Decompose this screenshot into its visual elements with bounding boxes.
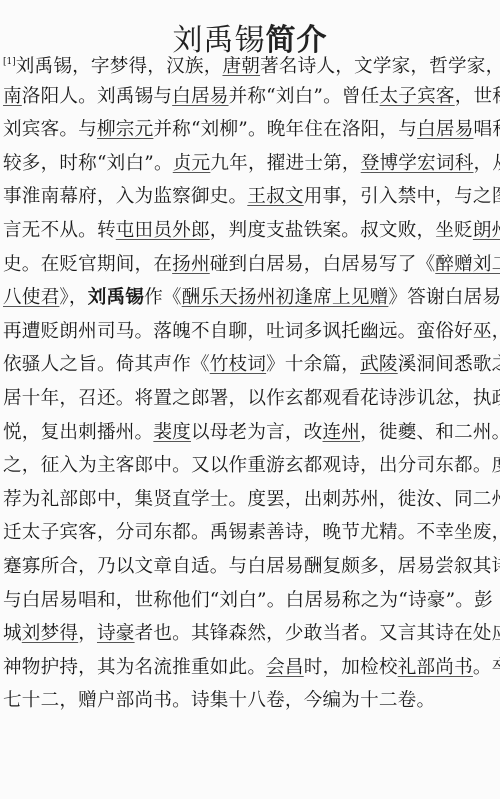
hyperlink[interactable]: 礼部尚书 (398, 657, 473, 678)
text-line: 依骚人之旨。倚其声作《竹枝词》十余篇，武陵溪洞间悉歌之。 (3, 348, 497, 382)
hyperlink[interactable]: 连州 (323, 422, 361, 443)
text-line: 荐为礼部郎中，集贤直学士。度罢，出刺苏州，徙汝、同二州， (3, 483, 497, 517)
hyperlink[interactable]: 白居易 (417, 119, 473, 140)
text-span: 用事，引入禁中，与之图议， (304, 186, 500, 207)
text-span: 刘禹锡，字梦得，汉族， (16, 56, 223, 77)
text-span: 史。在贬官期间，在 (3, 254, 172, 275)
text-span: 与白居易唱和，世称他们“刘白”。白居易称之为“诗豪”。彭 (3, 590, 493, 611)
hyperlink[interactable]: 竹枝词 (210, 354, 266, 375)
hyperlink[interactable]: 武陵 (360, 354, 398, 375)
text-line: 城刘梦得，诗豪者也。其锋森然，少敢当者。又言其诗在处应有 (3, 617, 497, 651)
text-span: 神物护持，其为名流推重如此。 (3, 657, 266, 678)
hyperlink[interactable]: 八使君 (3, 287, 59, 308)
text-line: 之，征入为主客郎中。又以作重游玄都观诗，出分司东都。度仍 (3, 449, 497, 483)
hyperlink[interactable]: 朗州 (473, 220, 500, 241)
text-span: 时，加检校 (304, 657, 398, 678)
text-span: 七十二，赠户部尚书。诗集十八卷，今编为十二卷。 (3, 690, 435, 711)
text-span: 溪洞间悉歌之。 (398, 354, 500, 375)
text-line: 悦，复出刺播州。裴度以母老为言，改连州，徙夔、和二州。久 (3, 416, 497, 450)
text-line: 八使君》，刘禹锡作《酬乐天扬州初逢席上见赠》答谢白居易， (3, 281, 497, 315)
footnote-marker[interactable]: [1] (3, 57, 16, 67)
text-line: 较多，时称“刘白”。贞元九年，擢进士第，登博学宏词科，从 (3, 147, 497, 181)
text-line: 刘宾客。与柳宗元并称“刘柳”。晚年住在洛阳，与白居易唱和 (3, 113, 497, 147)
text-span: 荐为礼部郎中，集贤直学士。度罢，出刺苏州，徙汝、同二州， (3, 489, 500, 510)
hyperlink[interactable]: 太子宾客 (380, 86, 455, 107)
text-span: 较多，时称“刘白”。 (3, 153, 173, 174)
hyperlink[interactable]: 裴度 (153, 422, 191, 443)
text-line: 言无不从。转屯田员外郎，判度支盐铁案。叔文败，坐贬朗州刺 (3, 214, 497, 248)
hyperlink[interactable]: 刘梦得 (22, 623, 78, 644)
text-span: 作《 (144, 287, 182, 308)
text-span: 九年，擢进士第， (210, 153, 360, 174)
text-span: 事淮南幕府，入为监察御史。 (3, 186, 247, 207)
text-line: [1]刘禹锡，字梦得，汉族，唐朝著名诗人，文学家，哲学家，河 (3, 46, 497, 80)
text-span: ， (78, 623, 97, 644)
text-line: 史。在贬官期间，在扬州碰到白居易，白居易写了《醉赠刘二十 (3, 248, 497, 282)
hyperlink[interactable]: 诗豪 (97, 623, 135, 644)
text-span: 刘宾客。与 (3, 119, 97, 140)
text-span: 并称“刘柳”。晚年住在洛阳，与 (153, 119, 417, 140)
text-span: 碰到白居易，白居易写了《 (210, 254, 436, 275)
hyperlink[interactable]: 王叔文 (247, 186, 303, 207)
hyperlink[interactable]: 酬乐天扬州初逢席上见赠 (182, 287, 389, 308)
text-line: 再遭贬朗州司马。落魄不自聊，吐词多讽托幽远。蛮俗好巫，尝 (3, 315, 497, 349)
text-span: ，世称 (455, 86, 500, 107)
text-span: 。卒年 (473, 657, 500, 678)
text-line: 迁太子宾客，分司东都。禹锡素善诗，晚节尤精。不幸坐废，偃 (3, 516, 497, 550)
hyperlink[interactable]: 贞元 (173, 153, 211, 174)
hyperlink[interactable]: 屯田员外郎 (116, 220, 210, 241)
text-span: 著名诗人，文学家，哲学家， (260, 56, 500, 77)
text-span: 之，征入为主客郎中。又以作重游玄都观诗，出分司东都。度仍 (3, 455, 500, 476)
hyperlink[interactable]: 醉赠刘二十 (435, 254, 500, 275)
bold-name: 刘禹锡 (88, 287, 144, 308)
biography-paragraph: [1]刘禹锡，字梦得，汉族，唐朝著名诗人，文学家，哲学家，河南洛阳人。刘禹锡与白… (3, 46, 497, 718)
text-span: ，徙夔、和二州。久 (360, 422, 500, 443)
text-span: 迁太子宾客，分司东都。禹锡素善诗，晚节尤精。不幸坐废，偃 (3, 522, 500, 543)
text-span: 依骚人之旨。倚其声作《 (3, 354, 210, 375)
text-line: 南洛阳人。刘禹锡与白居易并称“刘白”。曾任太子宾客，世称 (3, 80, 497, 114)
hyperlink[interactable]: 登博学宏词科 (361, 153, 474, 174)
text-span: 者也。其锋森然，少敢当者。又言其诗在处应有 (135, 623, 500, 644)
text-span: 》十余篇， (266, 354, 360, 375)
text-span: 唱和 (474, 119, 500, 140)
text-line: 居十年，召还。将置之郎署，以作玄都观看花诗涉讥忿，执政不 (3, 382, 497, 416)
text-span: 悦，复出刺播州。 (3, 422, 153, 443)
text-span: 蹇寡所合，乃以文章自适。与白居易酬复颇多，居易尝叙其诗曰： (3, 556, 500, 577)
text-line: 事淮南幕府，入为监察御史。王叔文用事，引入禁中，与之图议， (3, 180, 497, 214)
text-span: 城 (3, 623, 22, 644)
text-span: 》答谢白居易， (388, 287, 500, 308)
text-span: ，从 (473, 153, 500, 174)
text-span: 并称“刘白”。曾任 (229, 86, 380, 107)
text-line: 七十二，赠户部尚书。诗集十八卷，今编为十二卷。 (3, 684, 497, 718)
text-span: 言无不从。转 (3, 220, 116, 241)
text-span: 再遭贬朗州司马。落魄不自聊，吐词多讽托幽远。蛮俗好巫，尝 (3, 321, 500, 342)
text-line: 蹇寡所合，乃以文章自适。与白居易酬复颇多，居易尝叙其诗曰： (3, 550, 497, 584)
text-line: 神物护持，其为名流推重如此。会昌时，加检校礼部尚书。卒年 (3, 651, 497, 685)
text-span: 居十年，召还。将置之郎署，以作玄都观看花诗涉讥忿，执政不 (3, 388, 500, 409)
hyperlink[interactable]: 南 (3, 86, 22, 107)
hyperlink[interactable]: 柳宗元 (97, 119, 153, 140)
text-span: 以母老为言，改 (191, 422, 323, 443)
text-line: 与白居易唱和，世称他们“刘白”。白居易称之为“诗豪”。彭 (3, 584, 497, 618)
hyperlink[interactable]: 会昌 (266, 657, 304, 678)
hyperlink[interactable]: 扬州 (172, 254, 210, 275)
text-span: 洛阳人。刘禹锡与 (22, 86, 172, 107)
hyperlink[interactable]: 白居易 (172, 86, 228, 107)
text-span: 》， (59, 287, 87, 308)
hyperlink[interactable]: 唐朝 (222, 56, 260, 77)
text-span: ，判度支盐铁案。叔文败，坐贬 (210, 220, 473, 241)
